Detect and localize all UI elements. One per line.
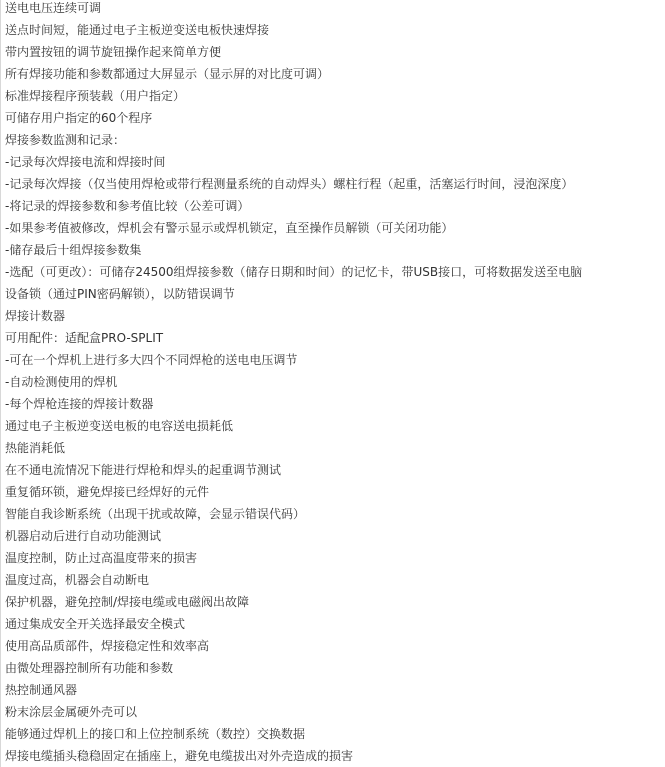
feature-line: 智能自我诊断系统（出现干扰或故障，会显示错误代码） (1, 503, 665, 525)
feature-line: -储存最后十组焊接参数集 (1, 239, 665, 261)
feature-line: 在不通电流情况下能进行焊枪和焊头的起重调节测试 (1, 459, 665, 481)
feature-line: 热能消耗低 (1, 437, 665, 459)
feature-line: 粉末涂层金属硬外壳可以 (1, 701, 665, 723)
feature-line: 带内置按钮的调节旋钮操作起来简单方便 (1, 41, 665, 63)
feature-line: 送电电压连续可调 (1, 0, 665, 19)
feature-line: 由微处理器控制所有功能和参数 (1, 657, 665, 679)
feature-line: 标准焊接程序预装载（用户指定） (1, 85, 665, 107)
feature-line: 重复循环锁，避免焊接已经焊好的元件 (1, 481, 665, 503)
feature-line: -记录每次焊接电流和焊接时间 (1, 151, 665, 173)
feature-line: 设备锁（通过PIN密码解锁），以防错误调节 (1, 283, 665, 305)
feature-line: 能够通过焊机上的接口和上位控制系统（数控）交换数据 (1, 723, 665, 745)
feature-line: -记录每次焊接（仅当使用焊枪或带行程测量系统的自动焊头）螺柱行程（起重，活塞运行… (1, 173, 665, 195)
feature-line: 可储存用户指定的60个程序 (1, 107, 665, 129)
feature-line: -将记录的焊接参数和参考值比较（公差可调） (1, 195, 665, 217)
feature-line: 机器启动后进行自动功能测试 (1, 525, 665, 547)
feature-line: 使用高品质部件，焊接稳定性和效率高 (1, 635, 665, 657)
feature-line: 焊接计数器 (1, 305, 665, 327)
section-heading: 焊接参数监测和记录： (1, 129, 665, 151)
feature-line: -如果参考值被修改，焊机会有警示显示或焊机锁定，直至操作员解锁（可关闭功能） (1, 217, 665, 239)
feature-line: 保护机器，避免控制/焊接电缆或电磁阀出故障 (1, 591, 665, 613)
feature-list-document: 送电电压连续可调 送点时间短，能通过电子主板逆变送电板快速焊接 带内置按钮的调节… (0, 0, 665, 767)
feature-line: 送点时间短，能通过电子主板逆变送电板快速焊接 (1, 19, 665, 41)
section-heading: 可用配件：适配盒PRO-SPLIT (1, 327, 665, 349)
feature-line: 通过电子主板逆变送电板的电容送电损耗低 (1, 415, 665, 437)
feature-line: 热控制通风器 (1, 679, 665, 701)
feature-lines: 送电电压连续可调 送点时间短，能通过电子主板逆变送电板快速焊接 带内置按钮的调节… (1, 0, 665, 767)
feature-line: 温度控制，防止过高温度带来的损害 (1, 547, 665, 569)
feature-line: -选配（可更改）：可储存24500组焊接参数（储存日期和时间）的记忆卡，带USB… (1, 261, 665, 283)
feature-line: -每个焊枪连接的焊接计数器 (1, 393, 665, 415)
feature-line: 通过集成安全开关选择最安全模式 (1, 613, 665, 635)
feature-line: -可在一个焊机上进行多大四个不同焊枪的送电电压调节 (1, 349, 665, 371)
feature-line: 温度过高，机器会自动断电 (1, 569, 665, 591)
feature-line: 所有焊接功能和参数都通过大屏显示（显示屏的对比度可调） (1, 63, 665, 85)
feature-line: -自动检测使用的焊机 (1, 371, 665, 393)
feature-line: 焊接电缆插头稳稳固定在插座上，避免电缆拔出对外壳造成的损害 (1, 745, 665, 767)
